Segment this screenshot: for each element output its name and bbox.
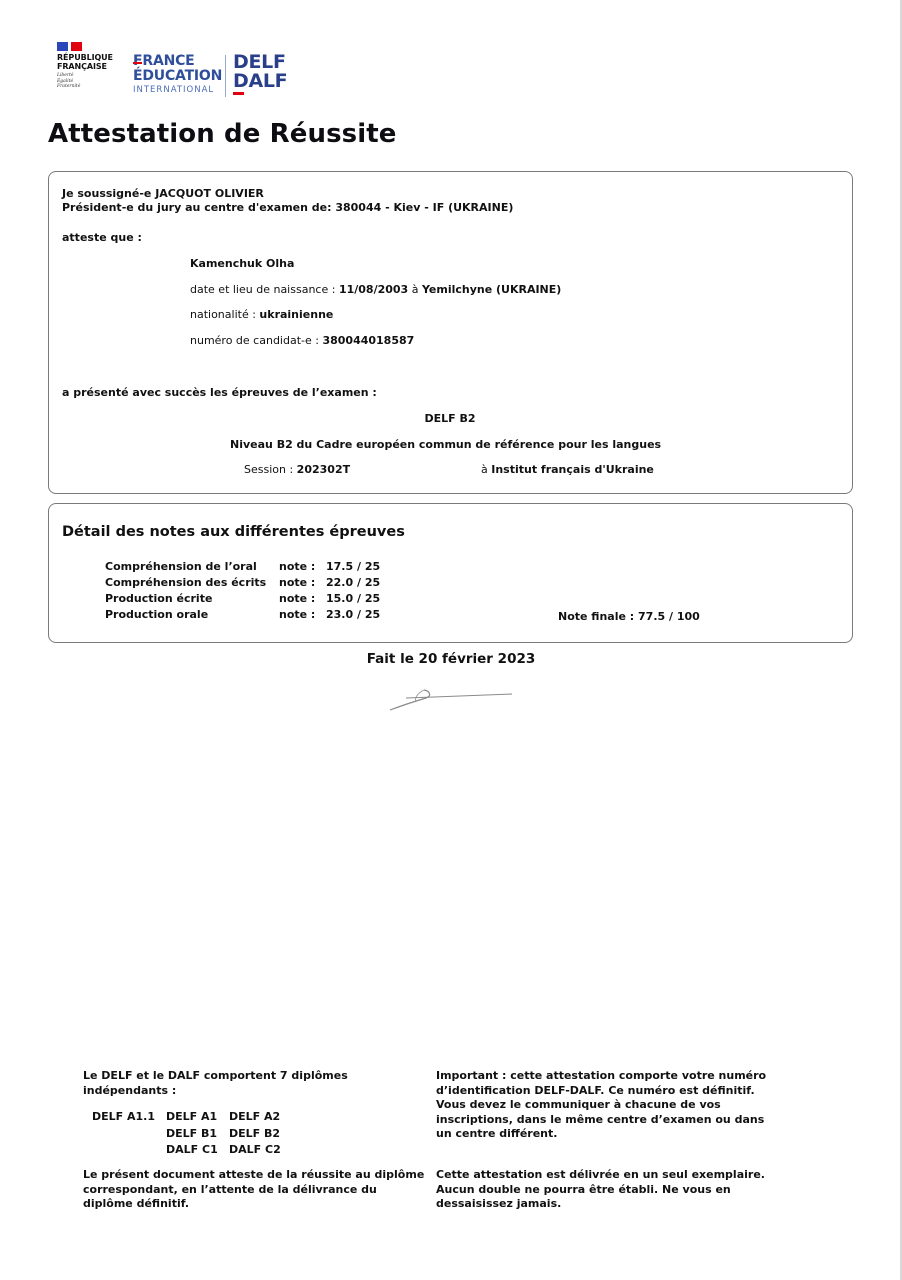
candidate-name: Kamenchuk Olha xyxy=(190,257,294,271)
diplomas-intro-line-2: indépendants : xyxy=(83,1084,348,1099)
grade-score: 23.0 / 25 xyxy=(326,608,380,622)
important-line-5: un centre différent. xyxy=(436,1127,766,1142)
grade-score: 22.0 / 25 xyxy=(326,576,380,590)
important-line-2: d’identification DELF-DALF. Ce numéro es… xyxy=(436,1084,766,1099)
delf-dalf-logo: DELF DALF xyxy=(233,53,287,95)
grade-score: 17.5 / 25 xyxy=(326,560,380,574)
birth-place: Yemilchyne (UKRAINE) xyxy=(422,283,561,296)
diploma-item: DELF A2 xyxy=(229,1109,280,1126)
nationality-label: nationalité : xyxy=(190,308,259,321)
single-copy-line-3: dessaisissez jamais. xyxy=(436,1197,765,1212)
grade-label: Production orale xyxy=(105,608,280,622)
rf-name-line-2: FRANÇAISE xyxy=(57,62,119,71)
diplomas-intro: Le DELF et le DALF comportent 7 diplômes… xyxy=(83,1069,348,1098)
nationality-info: nationalité : ukrainienne xyxy=(190,308,333,322)
single-copy-line-2: Aucun double ne pourra être établi. Ne v… xyxy=(436,1183,765,1198)
attestation-box: Je soussigné-e JACQUOT OLIVIER Président… xyxy=(48,171,853,494)
session-label: Session : xyxy=(244,463,297,476)
provisional-notice: Le présent document atteste de la réussi… xyxy=(83,1168,424,1212)
rf-name-line-1: RÉPUBLIQUE xyxy=(57,53,119,62)
signature-icon xyxy=(386,684,516,714)
candidate-number-info: numéro de candidat-e : 380044018587 xyxy=(190,334,414,348)
issue-date: Fait le 20 février 2023 xyxy=(0,651,902,667)
grades-title: Détail des notes aux différentes épreuve… xyxy=(62,524,405,540)
france-education-international-logo: FRANCE ÉDUCATION INTERNATIONAL xyxy=(133,54,222,96)
presented-line: a présenté avec succès les épreuves de l… xyxy=(62,386,377,400)
grade-note-label: note : xyxy=(279,560,315,574)
birth-sep: à xyxy=(408,283,422,296)
nationality-value: ukrainienne xyxy=(259,308,333,321)
fei-line-3: INTERNATIONAL xyxy=(133,84,222,96)
session-value: 202302T xyxy=(297,463,350,476)
french-flag-icon xyxy=(57,42,119,51)
grade-note-label: note : xyxy=(279,608,315,622)
final-grade: Note finale : 77.5 / 100 xyxy=(558,610,700,624)
provisional-notice-line-2: correspondant, en l’attente de la délivr… xyxy=(83,1183,424,1198)
birth-label: date et lieu de naissance : xyxy=(190,283,339,296)
rf-motto-fraternite: Fraternité xyxy=(57,84,119,90)
president-line: Président-e du jury au centre d'examen d… xyxy=(62,201,513,215)
candidate-number-label: numéro de candidat-e : xyxy=(190,334,322,347)
grade-label: Compréhension de l’oral xyxy=(105,560,280,574)
diploma-item: DELF B2 xyxy=(229,1126,280,1143)
dalf-text: DALF xyxy=(233,72,287,91)
fei-line-2: ÉDUCATION xyxy=(133,69,222,84)
single-copy-notice: Cette attestation est délivrée en un seu… xyxy=(436,1168,765,1212)
important-line-3: Vous devez le communiquer à chacune de v… xyxy=(436,1098,766,1113)
single-copy-line-1: Cette attestation est délivrée en un seu… xyxy=(436,1168,765,1183)
fei-line-1: FRANCE xyxy=(133,53,195,69)
important-line-1: Important : cette attestation comporte v… xyxy=(436,1069,766,1084)
delf-accent-bar xyxy=(233,92,244,95)
birth-info: date et lieu de naissance : 11/08/2003 à… xyxy=(190,283,561,297)
provisional-notice-line-3: diplôme définitif. xyxy=(83,1197,424,1212)
flag-red xyxy=(71,42,82,51)
signatory-line: Je soussigné-e JACQUOT OLIVIER xyxy=(62,187,264,201)
grades-box: Détail des notes aux différentes épreuve… xyxy=(48,503,853,643)
candidate-number: 380044018587 xyxy=(322,334,414,347)
diploma-item: DELF A1.1 xyxy=(92,1109,155,1126)
important-line-4: inscriptions, dans le même centre d’exam… xyxy=(436,1113,766,1128)
grade-note-label: note : xyxy=(279,592,315,606)
diploma-item: DELF A1 xyxy=(166,1109,217,1126)
institution-info: à Institut français d'Ukraine xyxy=(481,463,654,477)
atteste-que: atteste que : xyxy=(62,231,142,245)
logo-separator xyxy=(225,55,226,97)
flag-blue xyxy=(57,42,68,51)
provisional-notice-line-1: Le présent document atteste de la réussi… xyxy=(83,1168,424,1183)
page-title: Attestation de Réussite xyxy=(48,119,397,149)
exam-name: DELF B2 xyxy=(49,412,851,426)
republique-francaise-logo: RÉPUBLIQUE FRANÇAISE Liberté Égalité Fra… xyxy=(57,42,119,90)
diplomas-intro-line-1: Le DELF et le DALF comportent 7 diplômes xyxy=(83,1069,348,1084)
diploma-item: DALF C1 xyxy=(166,1142,218,1159)
institution-prefix: à xyxy=(481,463,491,476)
important-notice: Important : cette attestation comporte v… xyxy=(436,1069,766,1142)
institution-name: Institut français d'Ukraine xyxy=(491,463,654,476)
birth-date: 11/08/2003 xyxy=(339,283,408,296)
diploma-item: DELF B1 xyxy=(166,1126,217,1143)
session-info: Session : 202302T xyxy=(244,463,350,477)
diploma-item: DALF C2 xyxy=(229,1142,281,1159)
grade-note-label: note : xyxy=(279,576,315,590)
grade-label: Compréhension des écrits xyxy=(105,576,280,590)
grade-label: Production écrite xyxy=(105,592,280,606)
level-description: Niveau B2 du Cadre européen commun de ré… xyxy=(230,438,661,452)
grade-score: 15.0 / 25 xyxy=(326,592,380,606)
